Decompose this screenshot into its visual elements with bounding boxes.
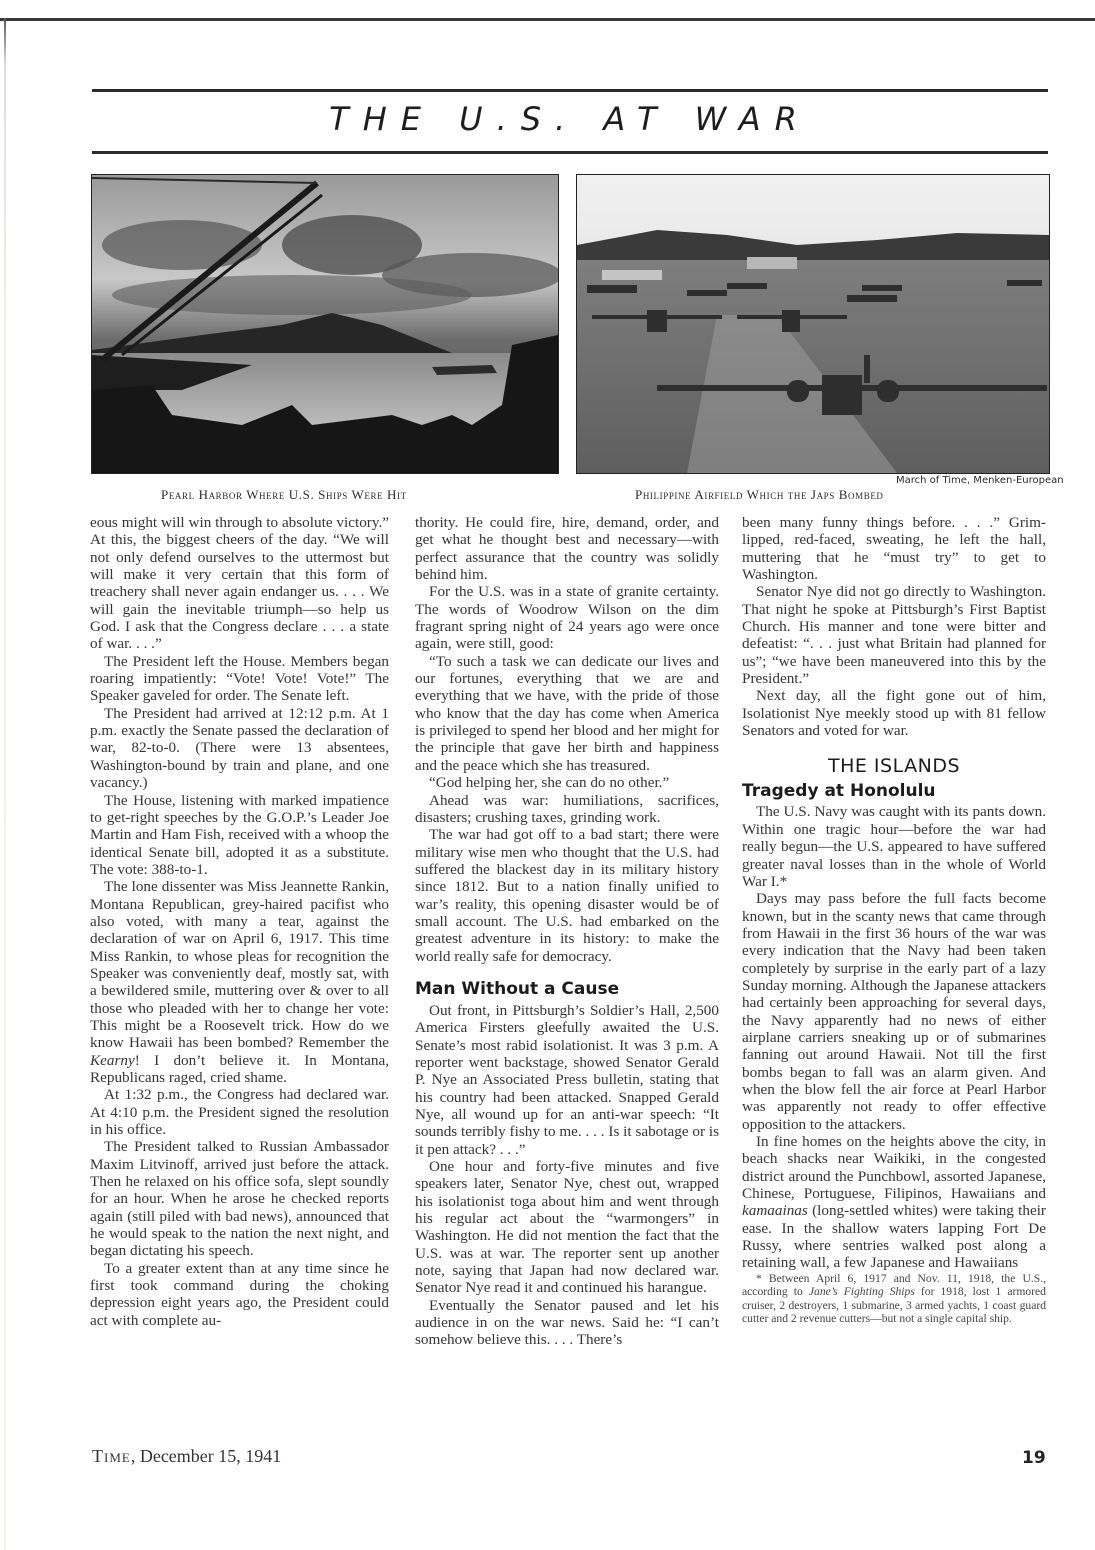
paragraph: The war had got off to a bad start; ther… bbox=[415, 826, 719, 965]
harbor-sunset-icon bbox=[92, 175, 558, 473]
paragraph: Days may pass before the full facts beco… bbox=[742, 890, 1046, 1133]
subsection-heading: Tragedy at Honolulu bbox=[742, 781, 1046, 801]
subsection-heading: Man Without a Cause bbox=[415, 979, 719, 999]
paragraph: In fine homes on the heights above the c… bbox=[742, 1133, 1046, 1272]
text: In fine homes on the heights above the c… bbox=[742, 1133, 1046, 1202]
photo-caption-right: Philippine Airfield Which the Japs Bombe… bbox=[635, 487, 884, 503]
paragraph: “To such a task we can dedicate our live… bbox=[415, 653, 719, 774]
paragraph: The President had arrived at 12:12 p.m. … bbox=[90, 705, 389, 792]
paragraph: Ahead was war: humiliations, sacrifices,… bbox=[415, 792, 719, 827]
header-rule-bottom bbox=[92, 151, 1048, 154]
paragraph: At 1:32 p.m., the Congress had declared … bbox=[90, 1086, 389, 1138]
article-column-1: eous might will win through to absolute … bbox=[90, 514, 389, 1329]
paragraph: One hour and forty-five minutes and five… bbox=[415, 1158, 719, 1297]
text: ! I don’t believe it. In Montana, Republ… bbox=[90, 1052, 389, 1086]
article-column-3: been many funny things before. . . .” Gr… bbox=[742, 514, 1046, 1325]
article-column-2: thority. He could fire, hire, demand, or… bbox=[415, 514, 719, 1349]
photo-caption-left: Pearl Harbor Where U.S. Ships Were Hit bbox=[161, 487, 407, 503]
paragraph: The President left the House. Members be… bbox=[90, 653, 389, 705]
paragraph: The House, listening with marked impatie… bbox=[90, 792, 389, 879]
ship-name: Kearny bbox=[90, 1052, 135, 1069]
paragraph: thority. He could fire, hire, demand, or… bbox=[415, 514, 719, 583]
paragraph: eous might will win through to absolute … bbox=[90, 514, 389, 653]
text: The lone dissenter was Miss Jeannette Ra… bbox=[90, 878, 389, 1051]
photo-pearl-harbor bbox=[91, 174, 559, 474]
paragraph: “God helping her, she can do no other.” bbox=[415, 774, 719, 791]
header-rule-top bbox=[92, 89, 1048, 92]
photo-philippine-airfield bbox=[576, 174, 1050, 474]
footnote: * Between April 6, 1917 and Nov. 11, 191… bbox=[742, 1272, 1046, 1326]
emphasis: kamaainas bbox=[742, 1202, 808, 1219]
paragraph: The U.S. Navy was caught with its pants … bbox=[742, 803, 1046, 890]
scan-top-edge bbox=[0, 18, 1095, 21]
paragraph: For the U.S. was in a state of granite c… bbox=[415, 583, 719, 652]
paragraph: Next day, all the fight gone out of him,… bbox=[742, 687, 1046, 739]
paragraph: The President talked to Russian Ambassad… bbox=[90, 1138, 389, 1259]
paragraph: Senator Nye did not go directly to Washi… bbox=[742, 583, 1046, 687]
issue-date: , December 15, 1941 bbox=[131, 1446, 281, 1466]
paragraph: The lone dissenter was Miss Jeannette Ra… bbox=[90, 878, 389, 1086]
section-heading: THE ISLANDS bbox=[742, 755, 1046, 777]
paragraph: Eventually the Senator paused and let hi… bbox=[415, 1297, 719, 1349]
paragraph: To a greater extent than at any time sin… bbox=[90, 1260, 389, 1329]
airfield-planes-icon bbox=[577, 175, 1049, 473]
paragraph: Out front, in Pittsburgh’s Soldier’s Hal… bbox=[415, 1002, 719, 1158]
publication-name: Time bbox=[92, 1446, 131, 1466]
section-title: THE U.S. AT WAR bbox=[92, 100, 1048, 138]
photo-credit: March of Time, Menken-European bbox=[896, 475, 1064, 486]
paragraph: been many funny things before. . . .” Gr… bbox=[742, 514, 1046, 583]
book-title: Jane’s Fighting Ships bbox=[809, 1285, 915, 1298]
scan-left-edge bbox=[4, 18, 6, 1550]
page-number: 19 bbox=[1022, 1448, 1046, 1468]
footer-publication-date: Time, December 15, 1941 bbox=[92, 1446, 281, 1467]
